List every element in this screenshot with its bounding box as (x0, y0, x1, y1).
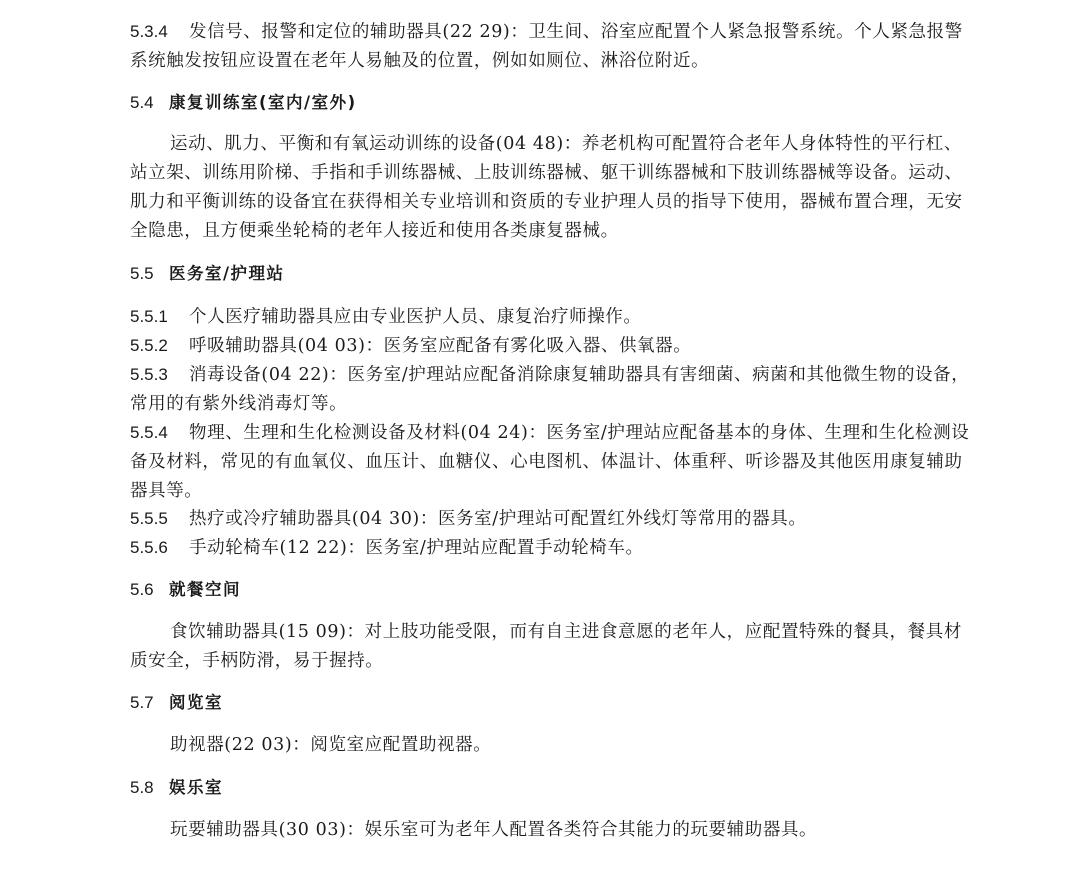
section-heading-5-4: 5.4康复训练室(室内/室外) (130, 88, 970, 118)
section-number: 5.8 (130, 773, 169, 802)
section-number: 5.7 (130, 688, 169, 717)
section-title: 康复训练室(室内/室外) (169, 93, 357, 112)
document-page: 5.3.4发信号、报警和定位的辅助器具(22 29)：卫生间、浴室应配置个人紧急… (0, 0, 1080, 890)
clause-text: 消毒设备(04 22)：医务室/护理站应配备消除康复辅助器具有害细菌、病菌和其他… (130, 365, 969, 414)
section-title: 医务室/护理站 (169, 264, 285, 283)
section-body-5-7: 助视器(22 03)：阅览室应配置助视器。 (130, 731, 970, 760)
clause-number: 5.5.3 (130, 360, 189, 389)
clause-5-5-3: 5.5.3消毒设备(04 22)：医务室/护理站应配备消除康复辅助器具有害细菌、… (130, 360, 970, 419)
clause-number: 5.5.1 (130, 302, 189, 331)
clause-5-3-4: 5.3.4发信号、报警和定位的辅助器具(22 29)：卫生间、浴室应配置个人紧急… (130, 17, 970, 76)
clause-number: 5.3.4 (130, 17, 189, 46)
section-number: 5.6 (130, 575, 169, 604)
clause-text: 发信号、报警和定位的辅助器具(22 29)：卫生间、浴室应配置个人紧急报警系统。… (130, 22, 963, 71)
clause-number: 5.5.5 (130, 504, 189, 533)
section-number: 5.5 (130, 259, 169, 288)
clause-number: 5.5.2 (130, 331, 189, 360)
paragraph-text: 助视器(22 03)：阅览室应配置助视器。 (170, 735, 491, 755)
section-title: 阅览室 (169, 693, 223, 712)
section-body-5-8: 玩要辅助器具(30 03)：娱乐室可为老年人配置各类符合其能力的玩要辅助器具。 (130, 816, 970, 845)
section-heading-5-8: 5.8娱乐室 (130, 773, 970, 803)
clause-text: 呼吸辅助器具(04 03)：医务室应配备有雾化吸入器、供氧器。 (189, 336, 691, 356)
clause-number: 5.5.4 (130, 418, 189, 447)
section-body-5-6: 食饮辅助器具(15 09)：对上肢功能受限，而有自主进食意愿的老年人，应配置特殊… (130, 618, 970, 676)
section-title: 娱乐室 (169, 778, 223, 797)
clause-5-5-1: 5.5.1个人医疗辅助器具应由专业医护人员、康复治疗师操作。 (130, 302, 970, 332)
section-heading-5-6: 5.6就餐空间 (130, 575, 970, 605)
clause-5-5-2: 5.5.2呼吸辅助器具(04 03)：医务室应配备有雾化吸入器、供氧器。 (130, 331, 970, 361)
section-body-5-4: 运动、肌力、平衡和有氧运动训练的设备(04 48)：养老机构可配置符合老年人身体… (130, 130, 970, 246)
clause-5-5-4: 5.5.4物理、生理和生化检测设备及材料(04 24)：医务室/护理站应配备基本… (130, 418, 970, 506)
paragraph-text: 运动、肌力、平衡和有氧运动训练的设备(04 48)：养老机构可配置符合老年人身体… (130, 134, 963, 241)
clause-text: 物理、生理和生化检测设备及材料(04 24)：医务室/护理站应配备基本的身体、生… (130, 423, 969, 501)
section-title: 就餐空间 (169, 580, 241, 599)
section-number: 5.4 (130, 88, 169, 117)
clause-text: 个人医疗辅助器具应由专业医护人员、康复治疗师操作。 (189, 307, 642, 327)
clause-text: 手动轮椅车(12 22)：医务室/护理站应配置手动轮椅车。 (189, 538, 644, 558)
clause-5-5-5: 5.5.5热疗或冷疗辅助器具(04 30)：医务室/护理站可配置红外线灯等常用的… (130, 504, 970, 534)
paragraph-text: 食饮辅助器具(15 09)：对上肢功能受限，而有自主进食意愿的老年人，应配置特殊… (130, 622, 962, 671)
section-heading-5-5: 5.5医务室/护理站 (130, 259, 970, 289)
clause-5-5-6: 5.5.6手动轮椅车(12 22)：医务室/护理站应配置手动轮椅车。 (130, 533, 970, 563)
clause-text: 热疗或冷疗辅助器具(04 30)：医务室/护理站可配置红外线灯等常用的器具。 (189, 509, 806, 529)
clause-number: 5.5.6 (130, 533, 189, 562)
paragraph-text: 玩要辅助器具(30 03)：娱乐室可为老年人配置各类符合其能力的玩要辅助器具。 (170, 820, 817, 840)
section-heading-5-7: 5.7阅览室 (130, 688, 970, 718)
